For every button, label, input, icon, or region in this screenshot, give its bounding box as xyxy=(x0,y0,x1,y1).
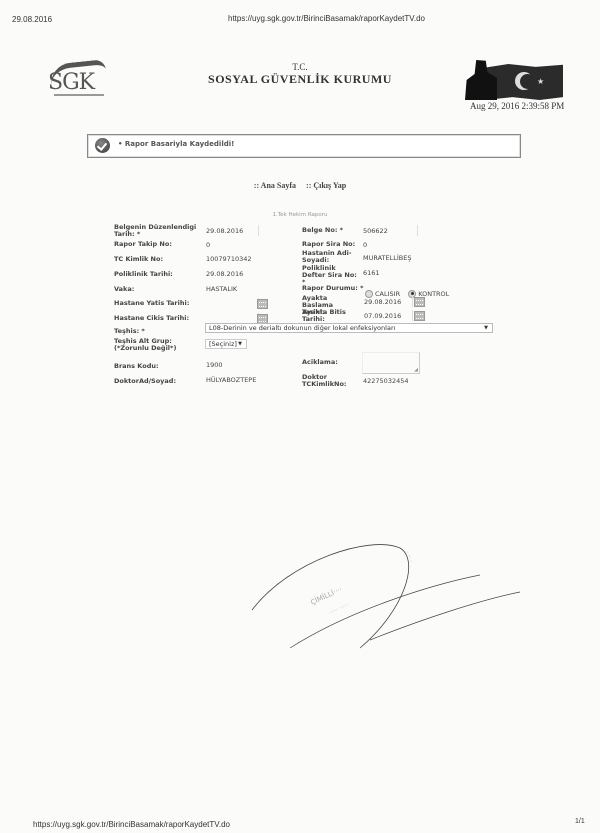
yatis-input[interactable] xyxy=(204,298,259,309)
tc-label: TC Kimlik No: xyxy=(114,256,163,263)
timestamp: Aug 29, 2016 2:39:58 PM xyxy=(470,101,564,111)
belge-tarih-label: Belgenin Düzenlendigi Tarih: * xyxy=(114,224,200,238)
durum-label: Rapor Durumu: * xyxy=(302,285,364,292)
teshis-label: Teşhis: * xyxy=(114,328,145,335)
nav-links: :: Ana Sayfa :: Çıkış Yap xyxy=(0,181,600,190)
aciklama-textarea[interactable]: ◢ xyxy=(362,352,420,374)
poliklinik-tarih-value: 29.08.2016 xyxy=(206,270,243,278)
doktor-tc-value: 42275032454 xyxy=(363,377,409,385)
check-circle-icon xyxy=(95,138,110,153)
print-page-number: 1/1 xyxy=(575,818,585,825)
ayakta-bitis-label: Ayakta Bitis Tarihi: xyxy=(302,309,358,323)
doktor-label: DoktorAd/Soyad: xyxy=(114,378,176,385)
svg-text:····· ·····: ····· ····· xyxy=(328,602,350,617)
brans-value: 1900 xyxy=(206,361,223,369)
dropdown-arrow-icon: ▼ xyxy=(238,340,242,349)
aciklama-label: Aciklama: xyxy=(302,359,338,366)
hasta-adi-value: MURATELLİBEŞ xyxy=(363,254,412,262)
belge-tarih-input[interactable] xyxy=(204,225,259,236)
rapor-sira-value: 0 xyxy=(363,241,367,249)
alt-grup-select[interactable]: [Seçiniz]▼ xyxy=(205,339,247,349)
rapor-takip-value: 0 xyxy=(206,241,210,249)
defter-value: 6161 xyxy=(363,269,380,277)
success-text: • Rapor Basariyla Kaydedildi! xyxy=(118,140,234,148)
calendar-icon[interactable] xyxy=(257,299,268,309)
yatis-label: Hastane Yatis Tarihi: xyxy=(114,300,189,307)
svg-text:ÇİMİLLİ····: ÇİMİLLİ···· xyxy=(309,584,343,606)
doktor-tc-label: Doktor TCKimlikNo: xyxy=(302,374,358,388)
tc-value: 10079710342 xyxy=(206,255,252,263)
alt-grup-label: Teşhis Alt Grup: (*Zorunlu Değil*) xyxy=(114,338,204,352)
ayakta-baslama-input[interactable] xyxy=(362,296,413,307)
doktor-value: HÜLYABOZTEPE xyxy=(206,376,256,384)
resize-handle-icon[interactable]: ◢ xyxy=(414,367,418,373)
vaka-label: Vaka: xyxy=(114,286,134,293)
logout-link[interactable]: :: Çıkış Yap xyxy=(306,181,346,190)
rapor-sira-label: Rapor Sira No: xyxy=(302,241,355,248)
vaka-value: HASTALIK xyxy=(206,285,237,293)
rapor-takip-label: Rapor Takip No: xyxy=(114,241,172,248)
calendar-icon[interactable] xyxy=(414,311,425,321)
calendar-icon[interactable] xyxy=(414,297,425,307)
defter-label: Poliklinik Defter Sira No: * xyxy=(302,265,360,286)
cikis-label: Hastane Cikis Tarihi: xyxy=(114,315,189,322)
home-link[interactable]: :: Ana Sayfa xyxy=(254,181,296,190)
signature-stamp: ÇİMİLLİ···· ····· ····· · ··· · xyxy=(230,530,540,650)
belge-no-label: Belge No: * xyxy=(302,227,343,234)
ayakta-bitis-input[interactable] xyxy=(362,310,413,321)
print-date: 29.08.2016 xyxy=(12,15,52,24)
belge-no-input[interactable] xyxy=(361,225,418,236)
svg-text:· ··· ·: · ··· · xyxy=(404,551,414,564)
hasta-adi-label: Hastanin Adi-Soyadi: xyxy=(302,250,358,264)
brans-label: Brans Kodu: xyxy=(114,363,159,370)
dropdown-arrow-icon: ▼ xyxy=(484,324,488,333)
form-title: 1.Tek Hekim Raporu xyxy=(0,212,600,218)
poliklinik-tarih-label: Poliklinik Tarihi: xyxy=(114,271,173,278)
print-footer-url: https://uyg.sgk.gov.tr/BirinciBasamak/ra… xyxy=(33,820,230,829)
flag-portrait-image: ★ xyxy=(465,60,565,100)
print-url: https://uyg.sgk.gov.tr/BirinciBasamak/ra… xyxy=(228,14,425,23)
success-message: • Rapor Basariyla Kaydedildi! xyxy=(87,134,521,158)
teshis-select[interactable]: L08-Derinin ve derialtı dokunun diğer lo… xyxy=(205,323,493,333)
